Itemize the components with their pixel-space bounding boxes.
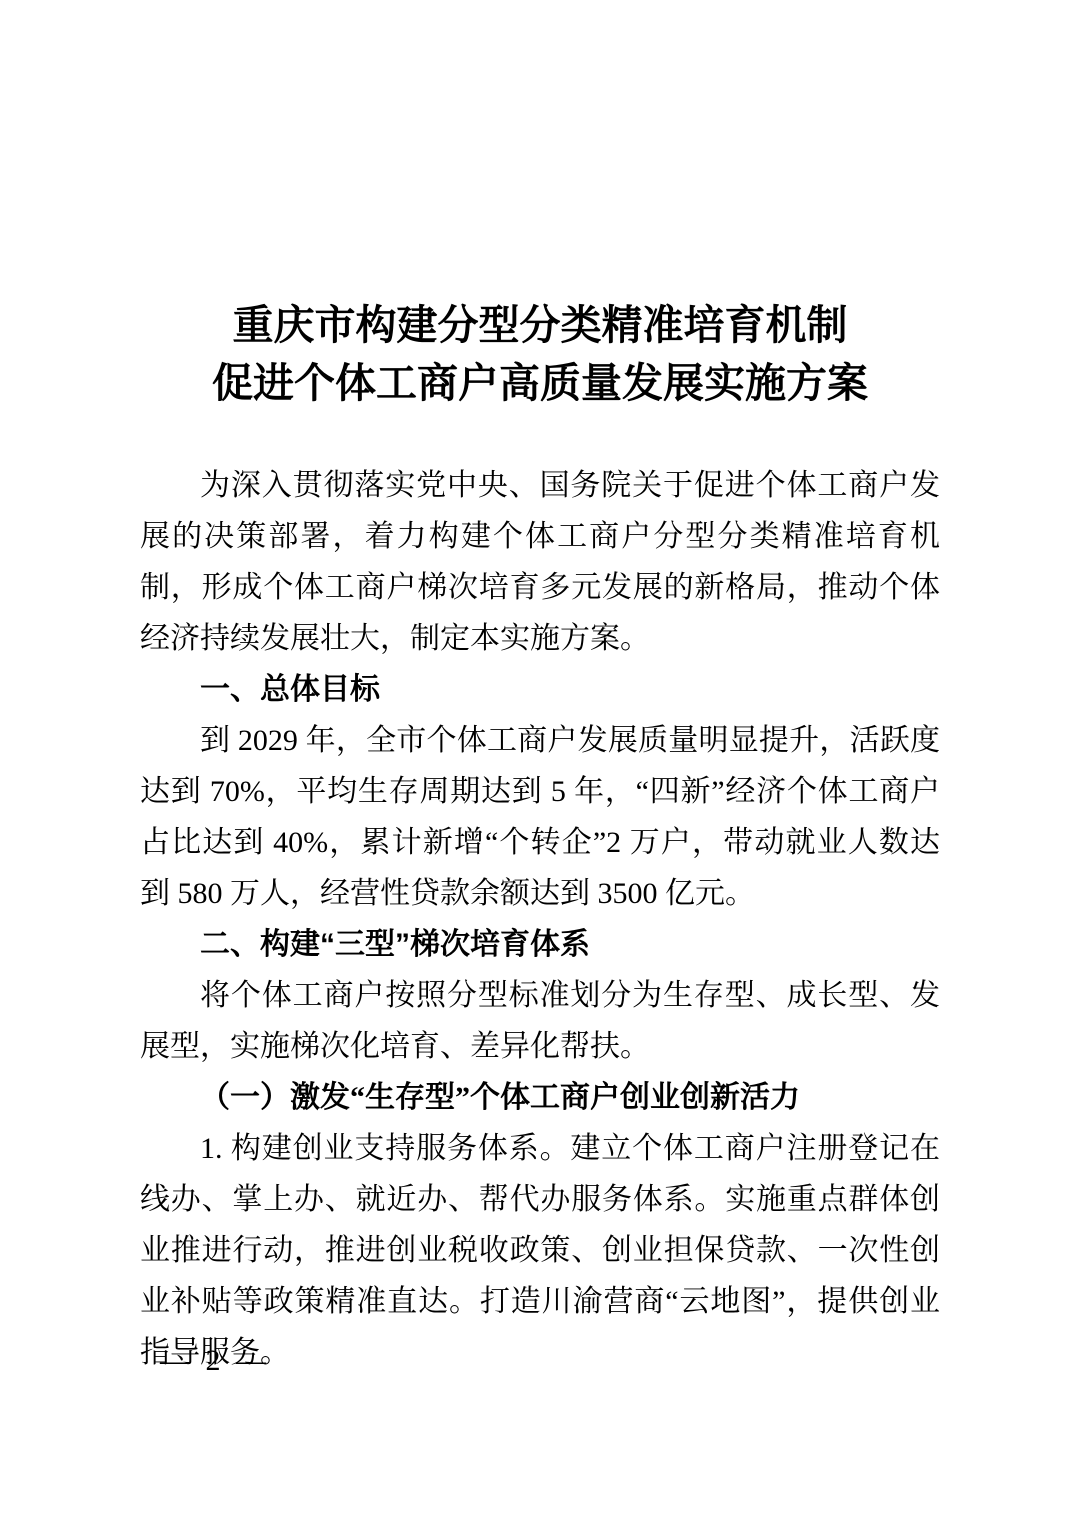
paragraph-intro: 为深入贯彻落实党中央、国务院关于促进个体工商户发展的决策部署，着力构建个体工商户… [140,460,940,664]
document-title: 重庆市构建分型分类精准培育机制 促进个体工商户高质量发展实施方案 [140,296,940,412]
document-title-line-2: 促进个体工商户高质量发展实施方案 [140,354,940,412]
paragraph-entrepreneurship-support: 1. 构建创业支持服务体系。建立个体工商户注册登记在线办、掌上办、就近办、帮代办… [140,1123,940,1378]
subheading-item-1: （一）激发“生存型”个体工商户创业创新活力 [140,1072,940,1123]
page-number: — 2 — [160,1344,266,1378]
heading-section-2: 二、构建“三型”梯次培育体系 [140,919,940,970]
document-title-line-1: 重庆市构建分型分类精准培育机制 [140,296,940,354]
heading-section-1: 一、总体目标 [140,664,940,715]
paragraph-classification: 将个体工商户按照分型标准划分为生存型、成长型、发展型，实施梯次化培育、差异化帮扶… [140,970,940,1072]
paragraph-overall-goals: 到 2029 年，全市个体工商户发展质量明显提升，活跃度达到 70%，平均生存周… [140,715,940,919]
document-page: 重庆市构建分型分类精准培育机制 促进个体工商户高质量发展实施方案 为深入贯彻落实… [0,0,1074,1520]
